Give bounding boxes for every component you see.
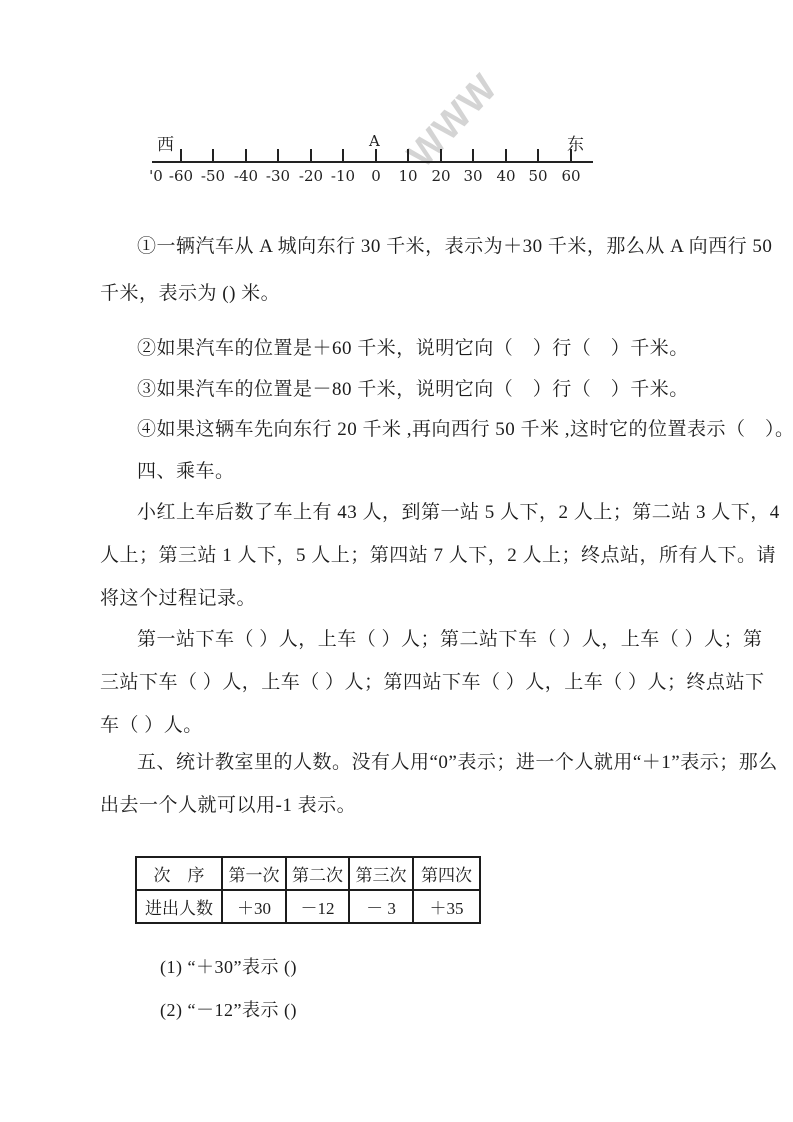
section-4-paragraph-line-2: 人上；第三站 1 人下，5 人上；第四站 7 人下，2 人上；终点站，所有人下。… [100, 540, 776, 567]
worksheet-page: WWW 西 A 东 '0 -60 -50 -40 -30 -20 -10 0 1… [0, 0, 793, 1122]
number-line-tick [440, 149, 442, 162]
question-2-line: ②如果汽车的位置是＋60 千米，说明它向（ ）行（ ）千米。 [137, 333, 689, 360]
section-5-title-line-2: 出去一个人就可以用-1 表示。 [100, 790, 356, 817]
number-line-tick [277, 149, 279, 162]
section-4-paragraph-line-3: 将这个过程记录。 [100, 583, 256, 610]
number-line-tick [342, 149, 344, 162]
table-header-cell: 第四次 [413, 857, 480, 890]
section-4-answer-line-1: 第一站下车（ ）人，上车（ ）人；第二站下车（ ）人，上车（ ）人；第 [137, 624, 763, 651]
question-3-line: ③如果汽车的位置是－80 千米，说明它向（ ）行（ ）千米。 [137, 374, 689, 401]
table-header-cell: 次 序 [136, 857, 222, 890]
number-line-tick [245, 149, 247, 162]
number-line-tick [180, 149, 182, 162]
sub-question-1: (1) “＋30”表示 () [160, 953, 297, 979]
question-4-line: ④如果这辆车先向东行 20 千米 ,再向西行 50 千米 ,这时它的位置表示（ … [137, 414, 793, 441]
people-count-table: 次 序 第一次 第二次 第三次 第四次 进出人数 ＋30 －12 － 3 ＋35 [135, 856, 481, 924]
table-row-label: 进出人数 [136, 890, 222, 923]
table-value-cell: －12 [286, 890, 349, 923]
table-value-row: 进出人数 ＋30 －12 － 3 ＋35 [136, 890, 480, 923]
section-4-answer-line-2: 三站下车（ ）人，上车（ ）人；第四站下车（ ）人，上车（ ）人；终点站下 [100, 667, 765, 694]
table-value-cell: ＋30 [222, 890, 286, 923]
number-line-west-label: 西 [157, 130, 174, 155]
number-line-tick [212, 149, 214, 162]
sub-question-2: (2) “－12”表示 () [160, 996, 297, 1022]
section-4-answer-line-3: 车（ ）人。 [100, 710, 203, 737]
section-4-paragraph-line-1: 小红上车后数了车上有 43 人，到第一站 5 人下，2 人上；第二站 3 人下，… [137, 497, 780, 524]
number-line-tick [407, 149, 409, 162]
table-header-cell: 第一次 [222, 857, 286, 890]
number-line-tick [505, 149, 507, 162]
table-value-cell: ＋35 [413, 890, 480, 923]
question-1-line-1: ①一辆汽车从 A 城向东行 30 千米，表示为＋30 千米，那么从 A 向西行 … [137, 231, 772, 258]
section-5-title-line-1: 五、统计教室里的人数。没有人用“0”表示；进一个人就用“＋1”表示；那么 [137, 747, 778, 774]
number-line-tick [375, 149, 377, 162]
table-header-cell: 第二次 [286, 857, 349, 890]
question-1-line-2: 千米，表示为 () 米。 [100, 278, 280, 305]
number-line-tick [537, 149, 539, 162]
table-header-cell: 第三次 [349, 857, 413, 890]
number-line-tick-label: 60 [551, 167, 591, 185]
section-4-title: 四、乘车。 [137, 456, 235, 483]
number-line-axis [152, 161, 593, 163]
table-value-cell: － 3 [349, 890, 413, 923]
number-line-tick [570, 149, 572, 162]
number-line-tick [472, 149, 474, 162]
number-line-point-a-label: A [369, 132, 380, 150]
table-header-row: 次 序 第一次 第二次 第三次 第四次 [136, 857, 480, 890]
number-line-tick [310, 149, 312, 162]
